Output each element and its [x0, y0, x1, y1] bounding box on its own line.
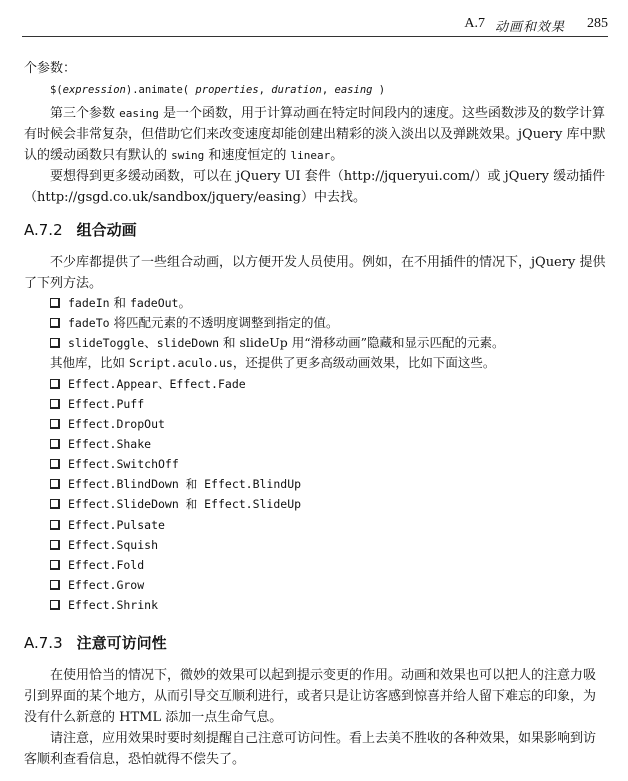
section-heading-a73: A.7.3注意可访问性	[24, 632, 167, 653]
list-item: Effect.Grow	[50, 575, 144, 595]
list-item: fadeTo 将匹配元素的不透明度调整到指定的值。	[50, 313, 339, 333]
list-item: Effect.DropOut	[50, 414, 165, 434]
checkbox-bullet-icon	[50, 580, 60, 590]
running-header: A.7 动画和效果 285	[22, 14, 608, 37]
list-item: Effect.Appear、Effect.Fade	[50, 374, 246, 394]
list-item: fadeIn 和 fadeOut。	[50, 293, 191, 313]
checkbox-bullet-icon	[50, 520, 60, 530]
checkbox-bullet-icon	[50, 399, 60, 409]
list-item: Effect.Puff	[50, 394, 144, 414]
checkbox-bullet-icon	[50, 560, 60, 570]
intro-line: 个参数：	[24, 58, 608, 79]
paragraph-more-easing: 要想得到更多缓动函数，可以在 jQuery UI 套件（http://jquer…	[24, 166, 608, 208]
checkbox-bullet-icon	[50, 439, 60, 449]
checkbox-bullet-icon	[50, 479, 60, 489]
checkbox-bullet-icon	[50, 379, 60, 389]
paragraph-subtle-effects: 在使用恰当的情况下，微妙的效果可以起到提示变更的作用。动画和效果也可以把人的注意…	[24, 665, 608, 728]
checkbox-bullet-icon	[50, 499, 60, 509]
checkbox-bullet-icon	[50, 540, 60, 550]
list-item: Effect.Shrink	[50, 595, 158, 615]
list-item: Effect.Shake	[50, 434, 151, 454]
checkbox-bullet-icon	[50, 298, 60, 308]
list-item: Effect.Pulsate	[50, 515, 165, 535]
checkbox-bullet-icon	[50, 338, 60, 348]
header-section-number: A.7	[464, 16, 485, 35]
paragraph-other-libraries: 其他库，比如 Script.aculo.us，还提供了更多高级动画效果，比如下面…	[50, 352, 610, 374]
list-item: Effect.Squish	[50, 535, 158, 555]
checkbox-bullet-icon	[50, 419, 60, 429]
header-chapter-title: 动画和效果	[495, 16, 565, 35]
page-number: 285	[587, 16, 608, 35]
list-item: Effect.BlindDown 和 Effect.BlindUp	[50, 474, 301, 494]
checkbox-bullet-icon	[50, 459, 60, 469]
paragraph-combo-animations: 不少库都提供了一些组合动画，以方便开发人员使用。例如，在不用插件的情况下，jQu…	[24, 252, 608, 294]
checkbox-bullet-icon	[50, 318, 60, 328]
list-item: Effect.SlideDown 和 Effect.SlideUp	[50, 494, 301, 514]
paragraph-easing: 第三个参数 easing 是一个函数，用于计算动画在特定时间段内的速度。这些函数…	[24, 103, 608, 166]
header-right: A.7 动画和效果 285	[464, 16, 608, 35]
section-heading-a72: A.7.2组合动画	[24, 219, 137, 240]
list-item: Effect.Fold	[50, 555, 144, 575]
list-item: slideToggle、slideDown 和 slideUp 用“滑移动画”隐…	[50, 333, 505, 353]
checkbox-bullet-icon	[50, 600, 60, 610]
paragraph-accessibility-note: 请注意，应用效果时要时刻提醒自己注意可访问性。看上去美不胜收的各种效果，如果影响…	[24, 728, 608, 770]
code-animate-signature: $(expression).animate( properties, durat…	[50, 84, 385, 96]
list-item: Effect.SwitchOff	[50, 454, 179, 474]
